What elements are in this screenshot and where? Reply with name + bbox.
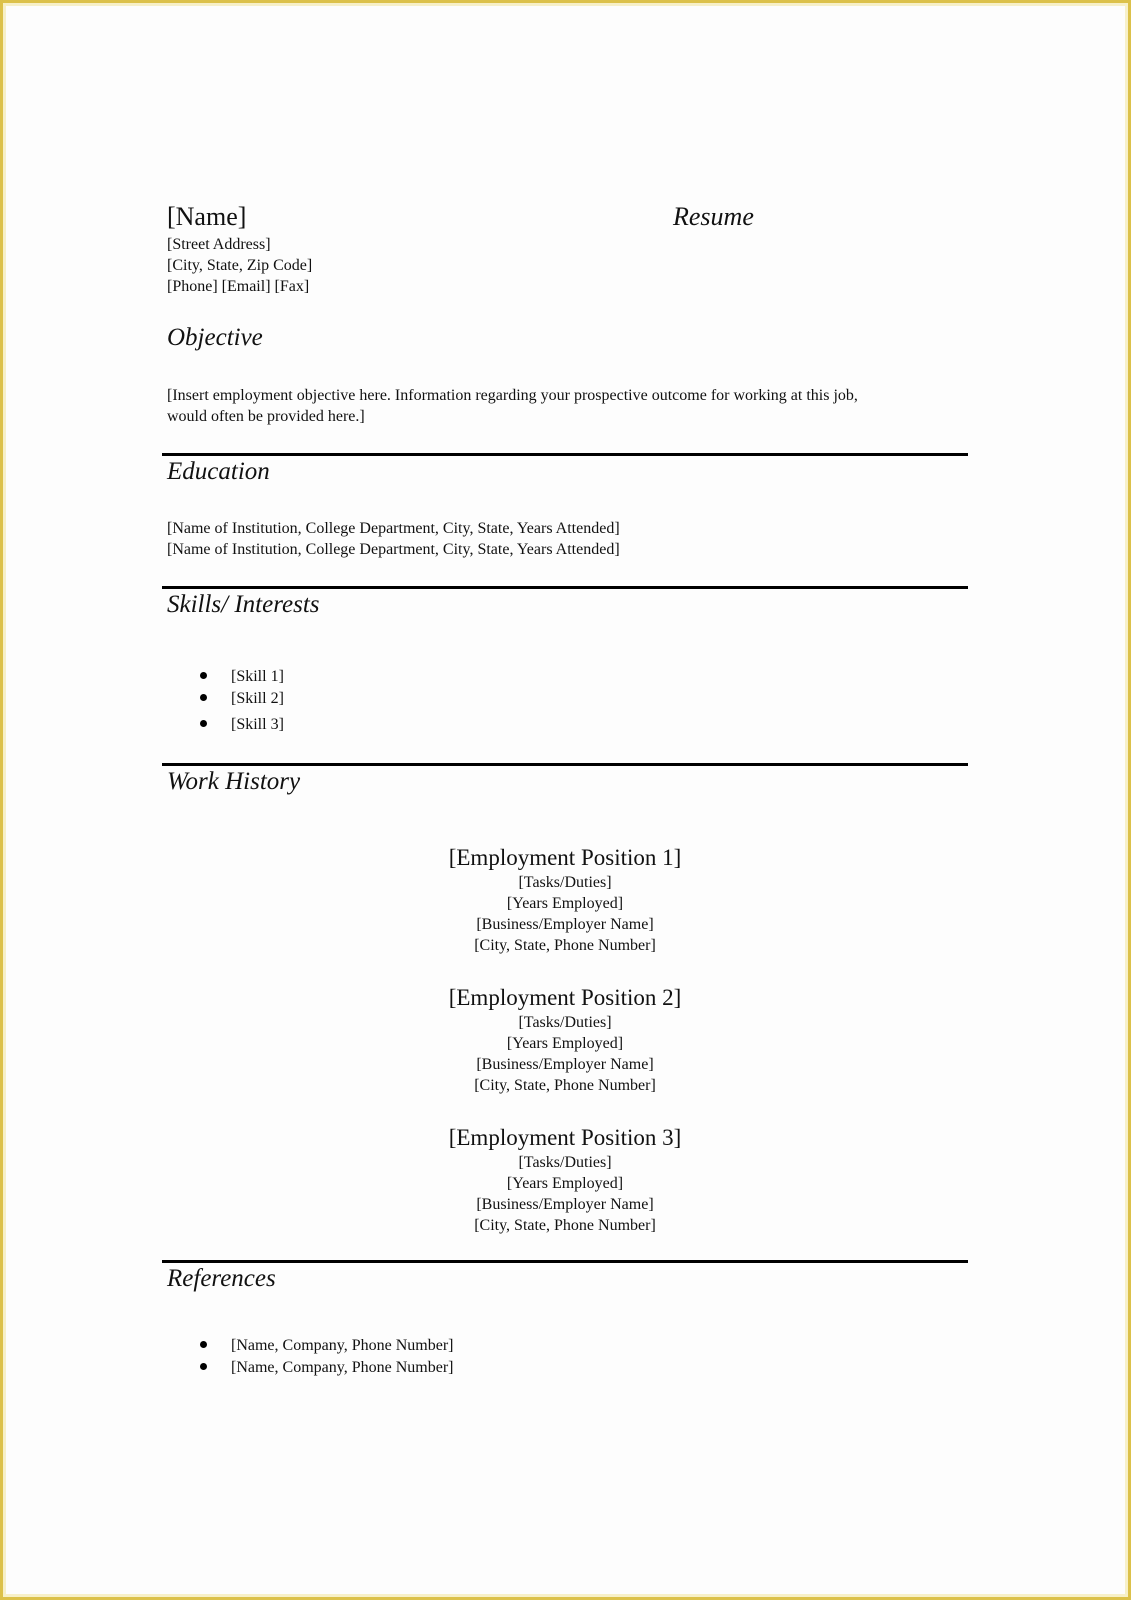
position-location: [City, State, Phone Number] [365,935,765,956]
position-title: [Employment Position 1] [365,844,765,872]
resume-page: [Name] Resume [Street Address] [City, St… [0,0,1131,1600]
city-state-zip: [City, State, Zip Code] [167,257,312,275]
position-title: [Employment Position 2] [365,984,765,1012]
bullet-icon [200,1363,207,1370]
position-location: [City, State, Phone Number] [365,1075,765,1096]
bullet-icon [200,720,207,727]
employment-position: [Employment Position 1] [Tasks/Duties] [… [365,844,765,956]
employment-position: [Employment Position 3] [Tasks/Duties] [… [365,1124,765,1236]
position-years: [Years Employed] [365,893,765,914]
employment-position: [Employment Position 2] [Tasks/Duties] [… [365,984,765,1096]
work-history-heading: Work History [167,768,300,796]
reference-item: [Name, Company, Phone Number] [200,1359,453,1377]
position-tasks: [Tasks/Duties] [365,1012,765,1033]
objective-heading: Objective [167,324,263,352]
section-divider [162,453,968,456]
references-heading: References [167,1265,276,1293]
education-heading: Education [167,458,270,486]
section-divider [162,1260,968,1263]
position-years: [Years Employed] [365,1173,765,1194]
contact-info: [Phone] [Email] [Fax] [167,278,309,296]
section-divider [162,586,968,589]
objective-line-2: would often be provided here.] [167,406,365,427]
position-employer: [Business/Employer Name] [365,1054,765,1075]
section-divider [162,763,968,766]
position-employer: [Business/Employer Name] [365,914,765,935]
bullet-icon [200,694,207,701]
position-location: [City, State, Phone Number] [365,1215,765,1236]
skill-item: [Skill 1] [200,668,284,686]
skill-item: [Skill 2] [200,690,284,708]
skills-heading: Skills/ Interests [167,591,320,619]
education-entry: [Name of Institution, College Department… [167,539,620,560]
applicant-name: [Name] [167,202,246,232]
reference-item: [Name, Company, Phone Number] [200,1337,453,1355]
position-years: [Years Employed] [365,1033,765,1054]
position-tasks: [Tasks/Duties] [365,1152,765,1173]
position-title: [Employment Position 3] [365,1124,765,1152]
bullet-icon [200,1341,207,1348]
bullet-icon [200,672,207,679]
position-employer: [Business/Employer Name] [365,1194,765,1215]
education-entry: [Name of Institution, College Department… [167,518,620,539]
street-address: [Street Address] [167,236,271,254]
skill-item: [Skill 3] [200,716,284,734]
objective-line-1: [Insert employment objective here. Infor… [167,385,858,406]
document-title: Resume [673,202,754,232]
position-tasks: [Tasks/Duties] [365,872,765,893]
